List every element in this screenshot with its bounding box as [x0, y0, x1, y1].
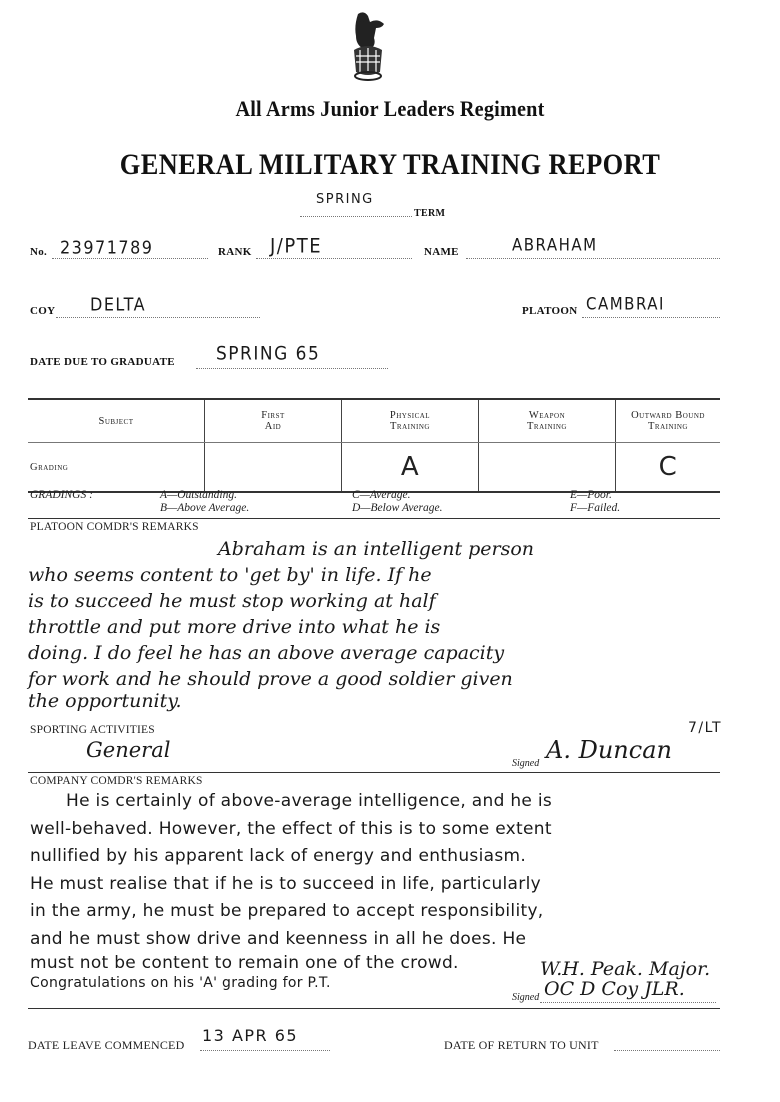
remark-line: in the army, he must be prepared to acce…: [30, 898, 730, 926]
remark-line: who seems content to 'get by' in life. I…: [28, 562, 728, 588]
royal-crest-icon: [348, 10, 388, 86]
divider: [28, 1008, 720, 1009]
rank-value: J/PTE: [270, 235, 322, 258]
remark-line: throttle and put more drive into what he…: [28, 614, 728, 640]
rank-field[interactable]: J/PTE: [256, 240, 412, 259]
remark-line: He is certainly of above-average intelli…: [30, 788, 730, 816]
platoon-remarks-label: PLATOON COMDR'S REMARKS: [30, 521, 199, 533]
company-signature-line1[interactable]: W.H. Peak. Major.: [540, 958, 710, 980]
graduate-value: SPRING 65: [216, 343, 320, 365]
company-value: DELTA: [90, 294, 146, 315]
sporting-signature-date: 7/LT: [688, 720, 722, 736]
name-field[interactable]: ABRAHAM: [466, 240, 720, 259]
platoon-value: CAMBRAI: [586, 294, 665, 314]
platoon-label: PLATOON: [522, 305, 577, 317]
grade-weapon-training[interactable]: [479, 443, 616, 493]
subject-physical-training: PhysicalTraining: [342, 399, 479, 443]
number-field[interactable]: 23971789: [52, 240, 208, 259]
graduate-field[interactable]: SPRING 65: [196, 350, 388, 369]
sporting-label: SPORTING ACTIVITIES: [30, 724, 155, 736]
name-value: ABRAHAM: [512, 235, 598, 255]
grading-label: Grading: [28, 443, 205, 493]
subject-weapon-training: WeaponTraining: [479, 399, 616, 443]
remark-line: for work and he should prove a good sold…: [28, 666, 728, 692]
sporting-signature[interactable]: A. Duncan: [546, 736, 672, 764]
grades-table: Subject FirstAid PhysicalTraining Weapon…: [28, 398, 720, 493]
term-label: TERM: [414, 208, 445, 219]
grade-first-aid[interactable]: [205, 443, 342, 493]
company-signature-field[interactable]: OC D Coy JLR.: [540, 984, 716, 1003]
divider: [28, 772, 720, 773]
divider: [28, 518, 720, 519]
company-field[interactable]: DELTA: [56, 299, 260, 318]
gradings-key-label: GRADINGS :: [30, 489, 93, 501]
platoon-remarks-text[interactable]: Abraham is an intelligent person who see…: [28, 536, 728, 710]
graduate-label: DATE DUE TO GRADUATE: [30, 356, 175, 368]
report-title: GENERAL MILITARY TRAINING REPORT: [47, 148, 733, 182]
rank-label: RANK: [218, 246, 252, 258]
company-label: COY: [30, 305, 55, 317]
remark-line: He must realise that if he is to succeed…: [30, 871, 730, 899]
grade-key-f: F—Failed.: [570, 502, 620, 514]
grade-physical-training[interactable]: A: [342, 443, 479, 493]
company-remarks-label: COMPANY COMDR'S REMARKS: [30, 775, 203, 787]
grade-key-b: B—Above Average.: [160, 502, 249, 514]
subject-outward-bound: Outward BoundTraining: [616, 399, 721, 443]
sporting-signed-label: Signed: [512, 758, 539, 769]
grades-row: Grading A C: [28, 443, 720, 493]
grade-key-e: E—Poor.: [570, 489, 612, 501]
leave-value: 13 APR 65: [202, 1026, 298, 1045]
grade-key-a: A—Outstanding.: [160, 489, 237, 501]
grade-outward-bound[interactable]: C: [616, 443, 721, 493]
remark-line: Abraham is an intelligent person: [28, 536, 728, 562]
number-value: 23971789: [60, 237, 153, 258]
remark-line: well-behaved. However, the effect of thi…: [30, 816, 730, 844]
subject-header: Subject: [28, 399, 205, 443]
term-value: SPRING: [316, 192, 374, 207]
platoon-field[interactable]: CAMBRAI: [582, 299, 720, 318]
remark-line: the opportunity.: [28, 692, 728, 710]
company-signed-label: Signed: [512, 992, 539, 1003]
return-field[interactable]: [614, 1032, 720, 1051]
name-label: NAME: [424, 246, 459, 258]
return-label: DATE OF RETURN TO UNIT: [444, 1038, 599, 1053]
sporting-value[interactable]: General: [86, 738, 170, 762]
regiment-name: All Arms Junior Leaders Regiment: [31, 96, 749, 122]
leave-field[interactable]: 13 APR 65: [200, 1032, 330, 1051]
remark-line: nullified by his apparent lack of energy…: [30, 843, 730, 871]
remark-line: doing. I do feel he has an above average…: [28, 640, 728, 666]
grade-key-d: D—Below Average.: [352, 502, 443, 514]
grades-header-row: Subject FirstAid PhysicalTraining Weapon…: [28, 399, 720, 443]
number-label: No.: [30, 246, 47, 258]
grade-key-c: C—Average.: [352, 489, 410, 501]
subject-first-aid: FirstAid: [205, 399, 342, 443]
leave-label: DATE LEAVE COMMENCED: [28, 1038, 184, 1053]
company-signature-line2: OC D Coy JLR.: [544, 978, 685, 1000]
remark-line: is to succeed he must stop working at ha…: [28, 588, 728, 614]
remark-line: and he must show drive and keenness in a…: [30, 926, 730, 954]
term-field[interactable]: SPRING: [300, 198, 412, 217]
